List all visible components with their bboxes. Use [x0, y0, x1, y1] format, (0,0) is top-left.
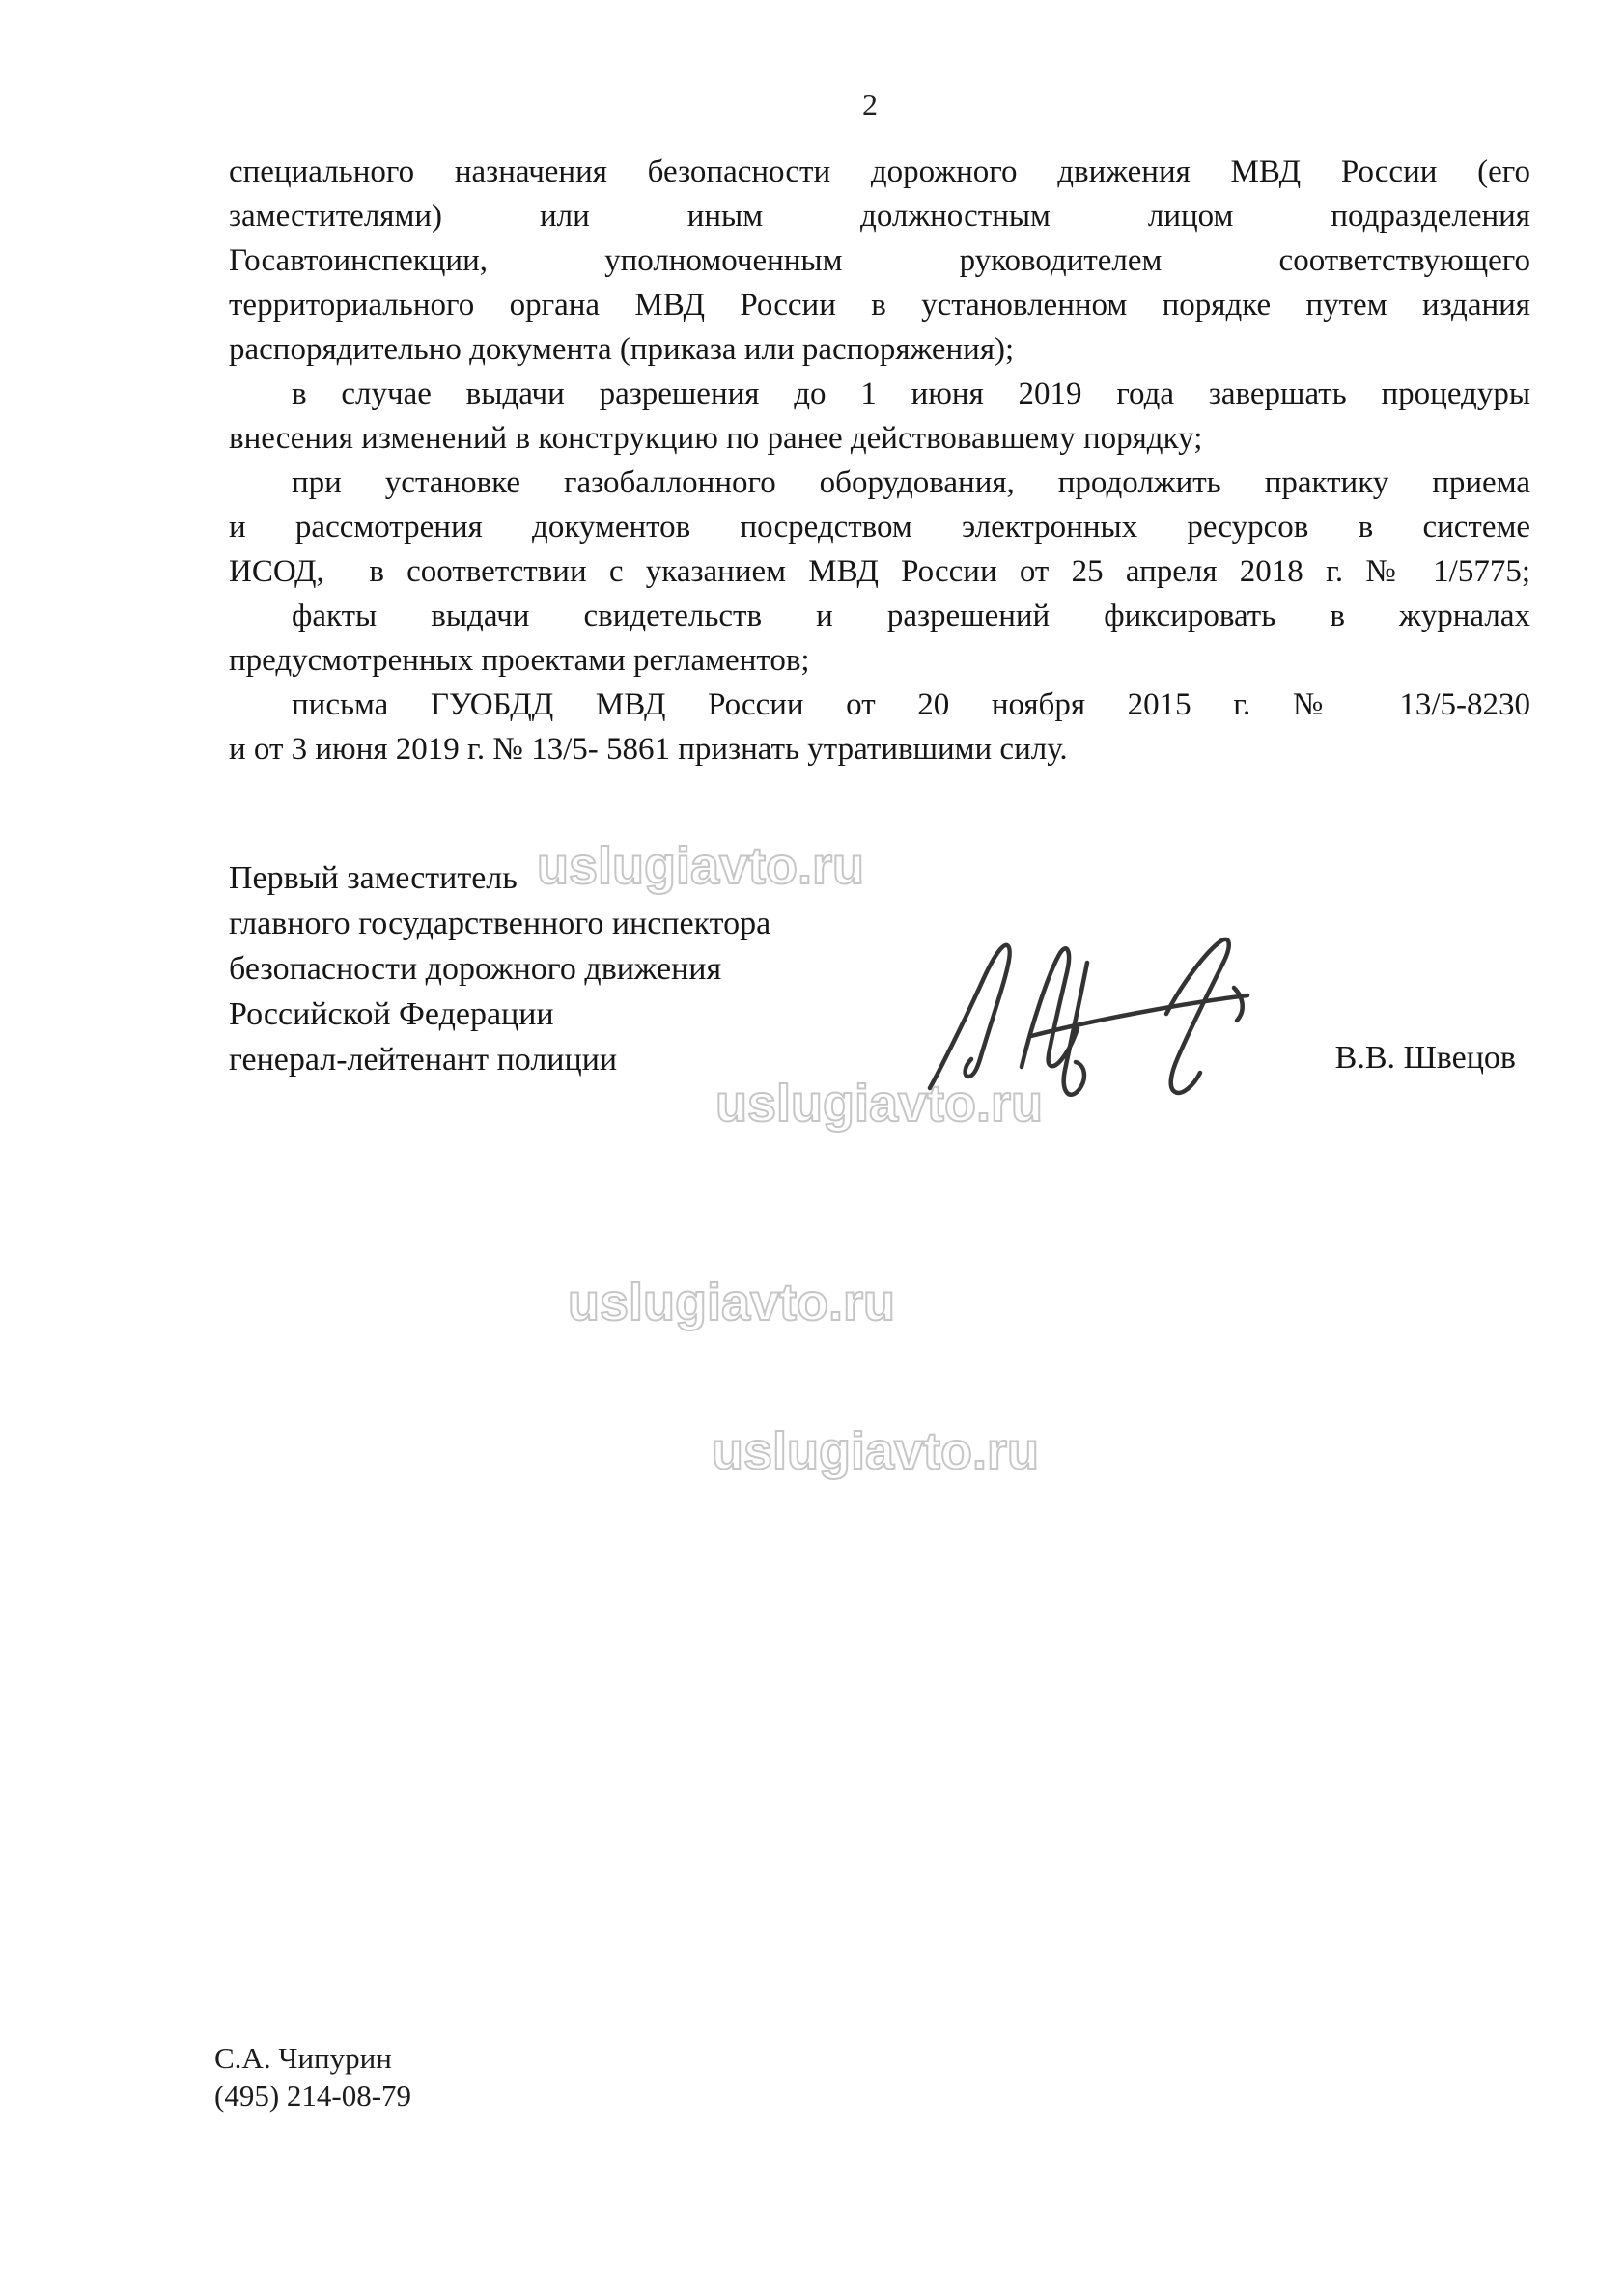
text-line: заместителями) или иным должностным лицо… — [229, 194, 1530, 238]
paragraph: факты выдачи свидетельств и разрешений ф… — [229, 594, 1530, 683]
text-line: внесения изменений в конструкцию по ране… — [229, 416, 1530, 461]
text-line: территориального органа МВД России в уст… — [229, 283, 1530, 327]
text-line: предусмотренных проектами регламентов; — [229, 638, 1530, 683]
paragraph: в случае выдачи разрешения до 1 июня 201… — [229, 372, 1530, 461]
text-line: ИСОД, в соответствии с указанием МВД Рос… — [229, 549, 1530, 594]
paragraph: специального назначения безопасности дор… — [229, 150, 1530, 372]
paragraph: при установке газобаллонного оборудовани… — [229, 461, 1530, 594]
text-line: распорядительно документа (приказа или р… — [229, 327, 1530, 372]
signatory-title-line: безопасности дорожного движения — [229, 946, 905, 992]
watermark-text: uslugiavto.ru — [715, 1074, 1043, 1134]
text-line: в случае выдачи разрешения до 1 июня 201… — [229, 372, 1530, 416]
signatory-title-line: Российской Федерации — [229, 992, 905, 1037]
text-line: специального назначения безопасности дор… — [229, 150, 1530, 194]
document-body: специального назначения безопасности дор… — [229, 150, 1530, 771]
text-line: и от 3 июня 2019 г. № 13/5- 5861 признат… — [229, 727, 1530, 771]
watermark-text: uslugiavto.ru — [712, 1421, 1039, 1481]
text-line: факты выдачи свидетельств и разрешений ф… — [229, 594, 1530, 638]
contact-phone: (495) 214-08-79 — [214, 2077, 411, 2114]
contact-name: С.А. Чипурин — [214, 2039, 411, 2077]
page-number: 2 — [862, 87, 878, 123]
text-line: при установке газобаллонного оборудовани… — [229, 461, 1530, 505]
footer-contact: С.А. Чипурин (495) 214-08-79 — [214, 2039, 411, 2114]
watermark-text: uslugiavto.ru — [537, 836, 864, 896]
text-line: и рассмотрения документов посредством эл… — [229, 505, 1530, 549]
watermark-text: uslugiavto.ru — [568, 1273, 895, 1332]
text-line: Госавтоинспекции, уполномоченным руковод… — [229, 238, 1530, 283]
signatory-title-line: главного государственного инспектора — [229, 901, 905, 946]
text-line: письма ГУОБДД МВД России от 20 ноября 20… — [229, 683, 1530, 727]
document-page: 2 специального назначения безопасности д… — [0, 0, 1597, 2296]
paragraph: письма ГУОБДД МВД России от 20 ноября 20… — [229, 683, 1530, 771]
signatory-name: В.В. Швецов — [1335, 1040, 1516, 1077]
